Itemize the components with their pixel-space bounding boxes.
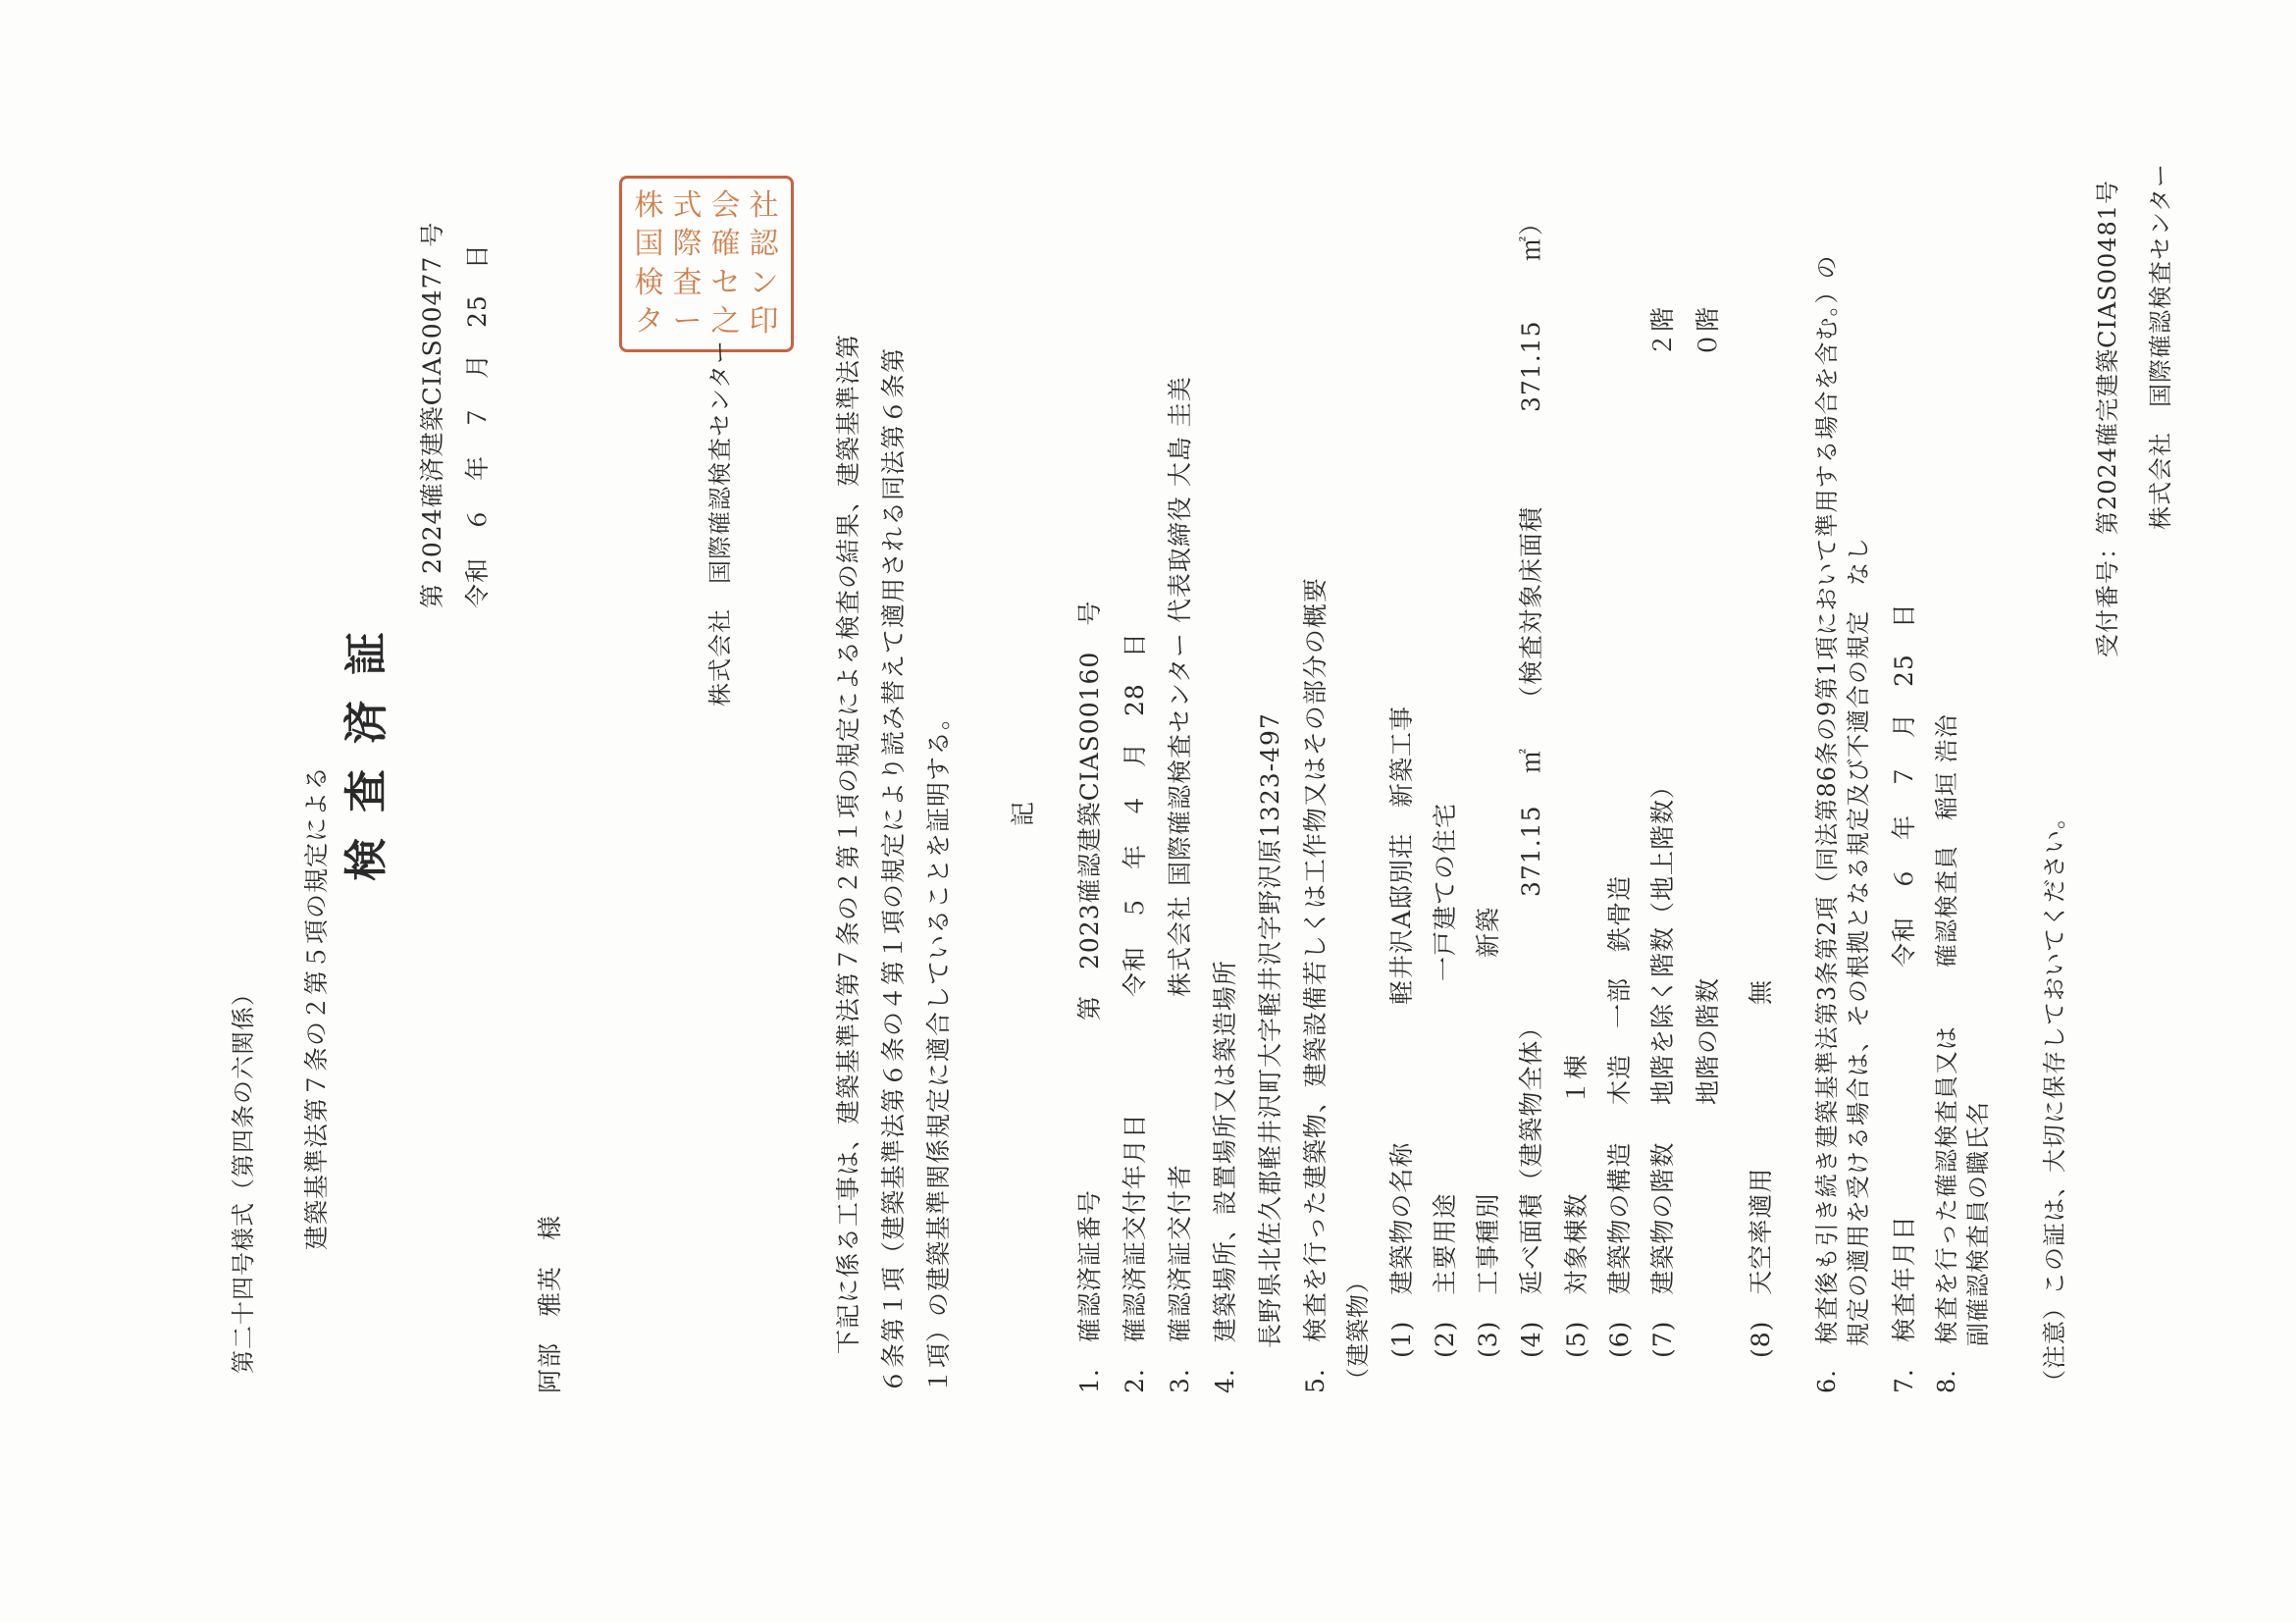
item-3-value: 株式会社 国際確認検査センター 代表取締役 大島 圭美 [1168,376,1192,997]
sub-5-label: (5) 対象棟数 [1564,1193,1589,1358]
sub-1-value: 軽井沢A邸別荘 新築工事 [1389,706,1414,1005]
stamp-glyph: 確 [706,226,745,265]
sub-1-label: (1) 建築物の名称 [1389,1142,1414,1358]
stamp-glyph: 印 [745,303,783,342]
sub-4-value: 371.15 [1519,806,1543,897]
reception-number: 受付番号：第2024確完建築CIAS00481号 [2096,180,2119,657]
inspection-certificate-page: 第二十四号様式（第四条の六関係） 建築基準法第７条の２第５項の規定による 検査済… [0,0,2296,1623]
stamp-glyph: 認 [745,226,783,265]
footer-note: （注意）この証は、大切に保存しておいてください。 [2043,805,2066,1393]
sub-7-label: (7) 建築物の階数 [1650,1142,1675,1358]
stamp-glyph: ン [745,264,783,303]
ki-heading: 記 [1011,801,1035,826]
sub-6-label: (6) 建築物の構造 [1607,1142,1632,1358]
stamp-glyph: セ [706,264,745,303]
item-8-line-1: 8. 検査を行った確認検査員又は [1935,1025,1958,1393]
stamp-glyph: ー [668,303,706,342]
body-paragraph-line-3: １項）の建築基準関係規定に適合していることを証明する。 [926,705,951,1393]
item-4-label: 4. 建築場所、設置場所又は築造場所 [1213,960,1237,1393]
stamp-glyph: タ [630,303,668,342]
item-5-label: 5. 検査を行った建築物、建築設備若しくは工作物又はその部分の概要 [1303,577,1328,1393]
stamp-glyph: 会 [706,186,745,226]
stamp-glyph: 国 [630,226,668,265]
sub-8-value: 無 [1748,979,1773,1005]
addressee: 阿部 雅英 様 [538,1215,562,1393]
sub-7-below-value: ０階 [1696,306,1720,357]
item-7-label: 7. 検査年月日 [1892,1215,1916,1393]
item-6-line-2: 規定の適用を受ける場合は、その根拠となる規定及び不適合の規定 なし [1847,537,1870,1346]
body-paragraph-line-1: 下記に係る工事は、建築基準法第７条の２第１項の規定による検査の結果、建築基準法第 [836,334,861,1354]
official-seal-stamp: 株式会社国際確認検査センター之印 [619,176,794,352]
stamp-glyph: 式 [668,186,706,226]
item-2-label: 2. 確認済証交付年月日 [1122,1113,1147,1393]
item-8-value: 確認検査員 稲垣 浩治 [1935,713,1958,968]
document-title: 検査済証 [345,606,389,881]
certificate-number: 第 2024確済建築CIAS00477 号 [420,222,444,608]
sub-4-target-unit: ㎡） [1519,210,1543,261]
sub-4-target-label: （検査対象床面積 [1519,506,1543,710]
form-number: 第二十四号様式（第四条の六関係） [232,981,255,1374]
item-4-value: 長野県北佐久郡軽井沢町大字軽井沢字野沢原1323-497 [1258,712,1282,1348]
sub-7-below-label: 地階の階数 [1696,977,1720,1105]
sub-4-unit: ㎡ [1519,748,1543,773]
item-1-value: 第 2023確認建築CIAS00160 号 [1077,601,1102,1021]
stamp-glyph: 株 [630,186,668,226]
body-paragraph-line-2: ６条第１項（建築基準法第６条の４第１項の規定により読み替えて適用される同法第６条… [881,347,906,1393]
sub-8-label: (8) 天空率適用 [1748,1168,1773,1358]
sub-4-target-value: 371.15 [1519,321,1543,412]
sub-6-value: 木造 一部 鉄骨造 [1607,875,1632,1105]
stamp-glyph: 之 [706,303,745,342]
sub-5-value: １棟 [1564,1054,1589,1105]
item-1-label: 1. 確認済証番号 [1077,1189,1102,1393]
legal-basis: 建築基準法第７条の２第５項の規定による [304,765,329,1250]
item-2-value: 令和 ５ 年 ４ 月 28 日 [1122,632,1147,997]
sub-3-label: (3) 工事種別 [1476,1193,1500,1358]
stamp-glyph: 際 [668,226,706,265]
sub-7-above-label: 地階を除く階数（地上階数） [1650,773,1675,1105]
reception-company: 株式会社 国際確認検査センター [2149,163,2172,530]
item-3-label: 3. 確認済証交付者 [1168,1164,1192,1393]
item-8-line-2: 副確認検査員の職氏名 [1966,1101,1990,1346]
sub-2-label: (2) 主要用途 [1433,1193,1457,1358]
issuer-name: 株式会社 国際確認検査センター [708,340,732,707]
item-5-subheading: （建築物） [1346,1269,1370,1391]
sub-3-value: 新築 [1476,907,1500,958]
stamp-glyph: 査 [668,264,706,303]
sub-2-value: 一戸建ての住宅 [1433,803,1457,981]
sub-4-label: (4) 延べ面積（建築物全体） [1519,1015,1543,1358]
sub-7-above-value: ２階 [1650,306,1675,357]
stamp-glyph: 社 [745,186,783,226]
item-7-value: 令和 ６ 年 ７ 月 25 日 [1892,602,1916,968]
item-6-line-1: 6. 検査後も引き続き建築基準法第3条第2項（同法第86条の9第1項において準用… [1815,254,1839,1393]
issue-date: 令和 ６ 年 ７ 月 25 日 [465,243,490,608]
stamp-glyph: 検 [630,264,668,303]
